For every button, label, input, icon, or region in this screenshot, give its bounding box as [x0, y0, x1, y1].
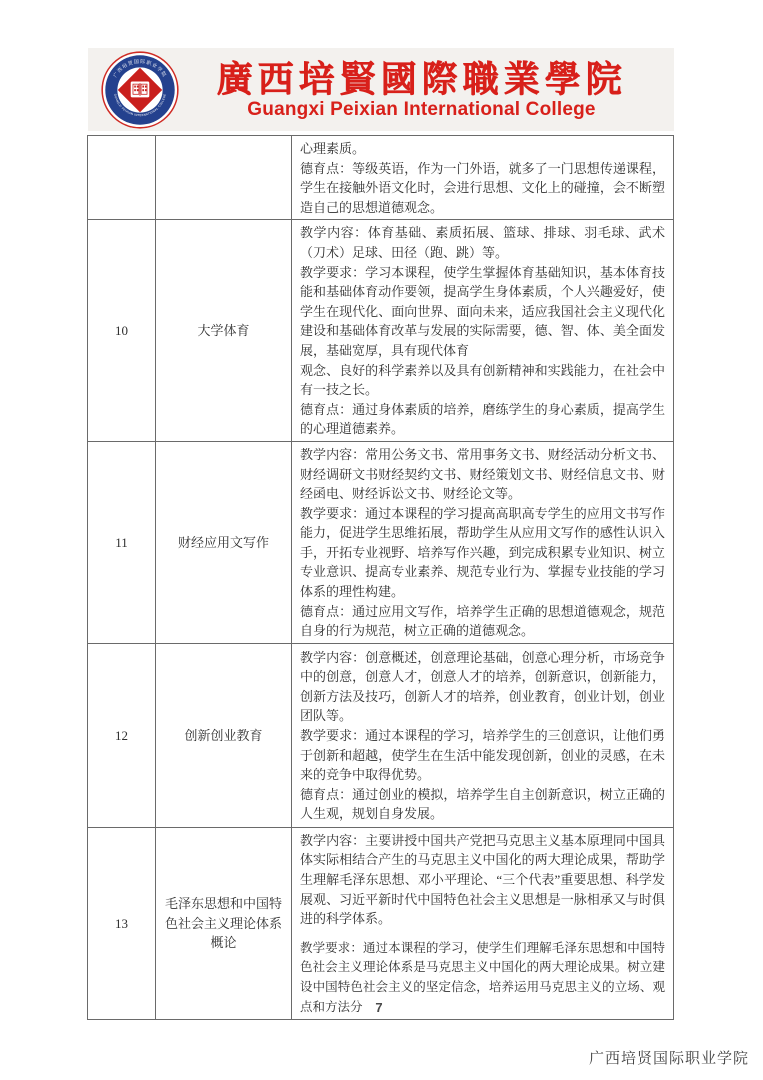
description-paragraph: 教学内容：常用公务文书、常用事务文书、财经活动分析文书、财经调研文书财经契约文书… — [300, 445, 665, 504]
description-paragraph: 观念、良好的科学素养以及具有创新精神和实践能力，在社会中有一技之长。 — [300, 361, 665, 400]
table-row: 11 财经应用文写作 教学内容：常用公务文书、常用事务文书、财经活动分析文书、财… — [88, 441, 674, 643]
course-table: 心理素质。德育点：等级英语，作为一门外语，就多了一门思想传递课程，学生在接触外语… — [87, 135, 674, 1020]
watermark: 广西培贤国际职业学院 — [589, 1047, 749, 1068]
row-number — [88, 136, 156, 220]
description-paragraph: 德育点：通过创业的模拟，培养学生自主创新意识，树立正确的人生观，规划自身发展。 — [300, 785, 665, 824]
description-paragraph: 教学内容：主要讲授中国共产党把马克思主义基本原理同中国具体实际相结合产生的马克思… — [300, 831, 665, 929]
row-number: 12 — [88, 643, 156, 827]
course-name: 毛泽东思想和中国特色社会主义理论体系概论 — [156, 827, 292, 1019]
course-description: 教学内容：主要讲授中国共产党把马克思主义基本原理同中国具体实际相结合产生的马克思… — [292, 827, 674, 1019]
course-description: 教学内容：体育基础、素质拓展、篮球、排球、羽毛球、武术（刀术）足球、田径（跑、跳… — [292, 220, 674, 442]
course-table-body: 心理素质。德育点：等级英语，作为一门外语，就多了一门思想传递课程，学生在接触外语… — [88, 136, 674, 1020]
description-paragraph: 德育点：通过身体素质的培养，磨练学生的身心素质，提高学生的心理道德素养。 — [300, 400, 665, 439]
course-name: 财经应用文写作 — [156, 441, 292, 643]
course-name: 大学体育 — [156, 220, 292, 442]
table-row: 12 创新创业教育 教学内容：创意概述，创意理论基础，创意心理分析，市场竞争中的… — [88, 643, 674, 827]
description-paragraph: 教学要求：通过本课程的学习提高高职高专学生的应用文书写作能力，促进学生思维拓展，… — [300, 504, 665, 602]
college-title-english: Guangxi Peixian International College — [179, 100, 664, 119]
college-title-block: 廣西培賢國際職業學院 Guangxi Peixian International… — [179, 61, 674, 119]
description-paragraph: 教学内容：创意概述，创意理论基础，创意心理分析，市场竞争中的创意，创意人才，创意… — [300, 648, 665, 726]
course-description: 教学内容：常用公务文书、常用事务文书、财经活动分析文书、财经调研文书财经契约文书… — [292, 441, 674, 643]
row-number: 13 — [88, 827, 156, 1019]
row-number: 10 — [88, 220, 156, 442]
course-description: 心理素质。德育点：等级英语，作为一门外语，就多了一门思想传递课程，学生在接触外语… — [292, 136, 674, 220]
description-paragraph: 德育点：等级英语，作为一门外语，就多了一门思想传递课程，学生在接触外语文化时，会… — [300, 159, 665, 218]
page-number: 7 — [0, 1000, 758, 1015]
table-row: 13 毛泽东思想和中国特色社会主义理论体系概论 教学内容：主要讲授中国共产党把马… — [88, 827, 674, 1019]
table-row: 10 大学体育 教学内容：体育基础、素质拓展、篮球、排球、羽毛球、武术（刀术）足… — [88, 220, 674, 442]
college-header: 广西培贤国际职业学院 GUANGXI PEIXIAN INTERNATIONAL… — [88, 48, 674, 131]
description-paragraph: 教学内容：体育基础、素质拓展、篮球、排球、羽毛球、武术（刀术）足球、田径（跑、跳… — [300, 223, 665, 262]
description-paragraph: 德育点：通过应用文写作，培养学生正确的思想道德观念，规范自身的行为规范，树立正确… — [300, 602, 665, 641]
course-description: 教学内容：创意概述，创意理论基础，创意心理分析，市场竞争中的创意，创意人才，创意… — [292, 643, 674, 827]
course-name: 创新创业教育 — [156, 643, 292, 827]
description-paragraph: 教学要求：通过本课程的学习，培养学生的三创意识，让他们勇于创新和超越，使学生在生… — [300, 726, 665, 785]
college-title-chinese: 廣西培賢國際職業學院 — [179, 61, 664, 97]
course-name — [156, 136, 292, 220]
college-logo-icon: 广西培贤国际职业学院 GUANGXI PEIXIAN INTERNATIONAL… — [101, 51, 179, 129]
description-paragraph: 心理素质。 — [300, 139, 665, 159]
description-paragraph: 教学要求：学习本课程，使学生掌握体育基础知识，基本体育技能和基础体育动作要领，提… — [300, 263, 665, 361]
table-row: 心理素质。德育点：等级英语，作为一门外语，就多了一门思想传递课程，学生在接触外语… — [88, 136, 674, 220]
row-number: 11 — [88, 441, 156, 643]
